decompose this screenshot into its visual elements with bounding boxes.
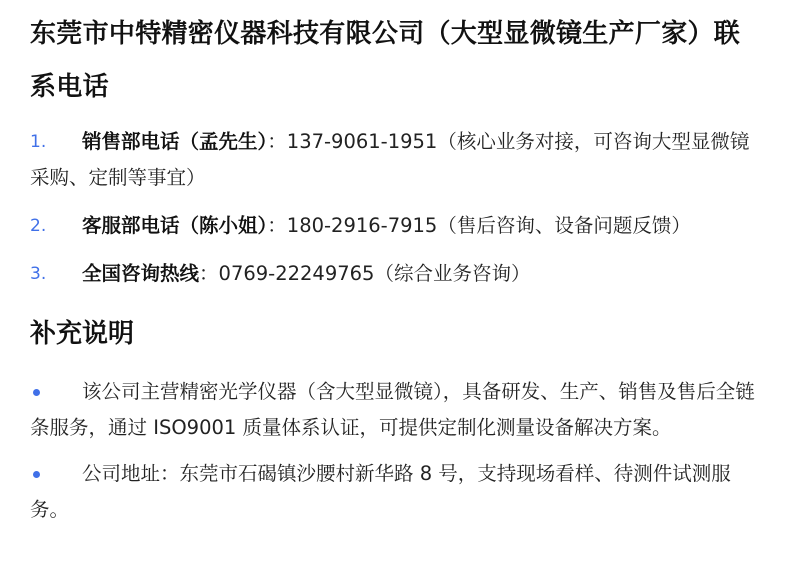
contact-value: 180-2916-7915（售后咨询、设备问题反馈） (287, 214, 691, 237)
contact-item: 3.全国咨询热线：0769-22249765（综合业务咨询） (30, 256, 761, 292)
list-number: 1. (30, 124, 46, 160)
contact-item: 1.销售部电话（孟先生）：137-9061-1951（核心业务对接，可咨询大型显… (30, 124, 761, 196)
contact-list: 1.销售部电话（孟先生）：137-9061-1951（核心业务对接，可咨询大型显… (30, 124, 761, 292)
bullet-icon (33, 389, 40, 396)
contact-label: 全国咨询热线 (82, 262, 199, 285)
separator: ： (267, 214, 287, 237)
bullet-icon (33, 471, 40, 478)
contact-item: 2.客服部电话（陈小姐）：180-2916-7915（售后咨询、设备问题反馈） (30, 208, 761, 244)
list-number: 3. (30, 256, 46, 292)
document-page: 东莞市中特精密仪器科技有限公司（大型显微镜生产厂家）联系电话 1.销售部电话（孟… (0, 0, 791, 528)
contact-label: 销售部电话（孟先生） (82, 130, 267, 153)
separator: ： (267, 130, 287, 153)
note-text: 该公司主营精密光学仪器（含大型显微镜），具备研发、生产、销售及售后全链条服务，通… (30, 380, 755, 439)
note-item: 该公司主营精密光学仪器（含大型显微镜），具备研发、生产、销售及售后全链条服务，通… (30, 374, 761, 446)
separator: ： (199, 262, 219, 285)
note-item: 公司地址：东莞市石碣镇沙腰村新华路 8 号，支持现场看样、待测件试测服务。 (30, 456, 761, 528)
contact-label: 客服部电话（陈小姐） (82, 214, 267, 237)
notes-heading: 补充说明 (30, 308, 761, 360)
page-title: 东莞市中特精密仪器科技有限公司（大型显微镜生产厂家）联系电话 (30, 0, 761, 114)
notes-list: 该公司主营精密光学仪器（含大型显微镜），具备研发、生产、销售及售后全链条服务，通… (30, 374, 761, 528)
contact-value: 0769-22249765（综合业务咨询） (219, 262, 531, 285)
note-text: 公司地址：东莞市石碣镇沙腰村新华路 8 号，支持现场看样、待测件试测服务。 (30, 462, 731, 521)
list-number: 2. (30, 208, 46, 244)
